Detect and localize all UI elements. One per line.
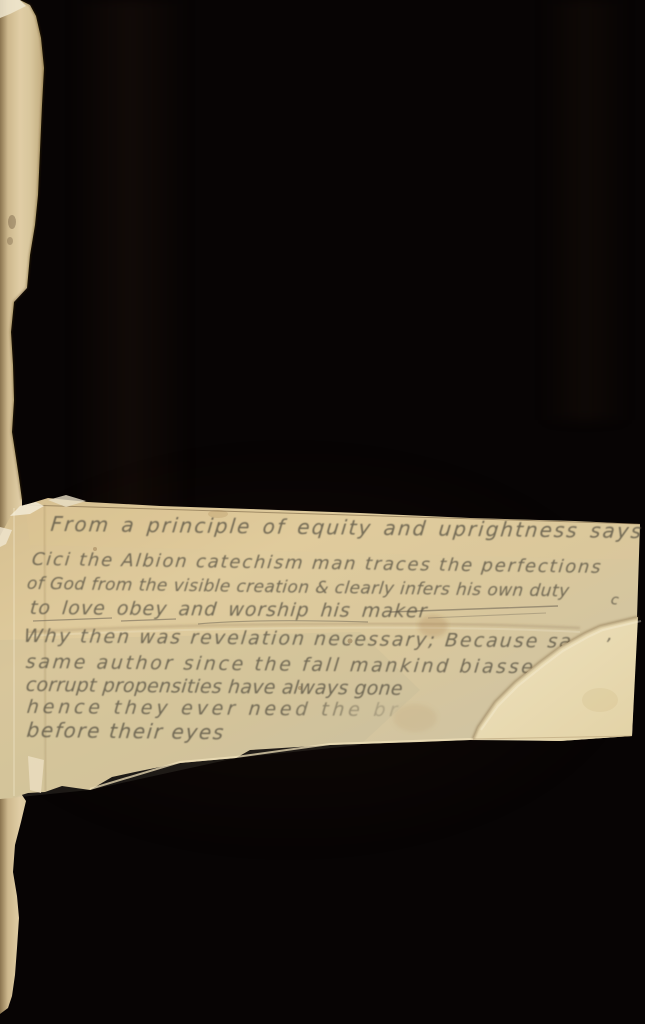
handwritten-line: before their eyes [26, 718, 227, 744]
handwritten-line: to love obey and worship his maker [29, 597, 429, 622]
photo-of-manuscript: From a principle of equity and uprightne… [0, 0, 645, 1024]
background-streak [540, 0, 630, 420]
handwritten-line: hence they ever need the br [26, 696, 402, 721]
strip-top-highlight [0, 0, 26, 18]
strip-stain [8, 215, 16, 229]
strip-torn-edge-shadow [11, 0, 44, 500]
strip-stain [7, 237, 13, 245]
